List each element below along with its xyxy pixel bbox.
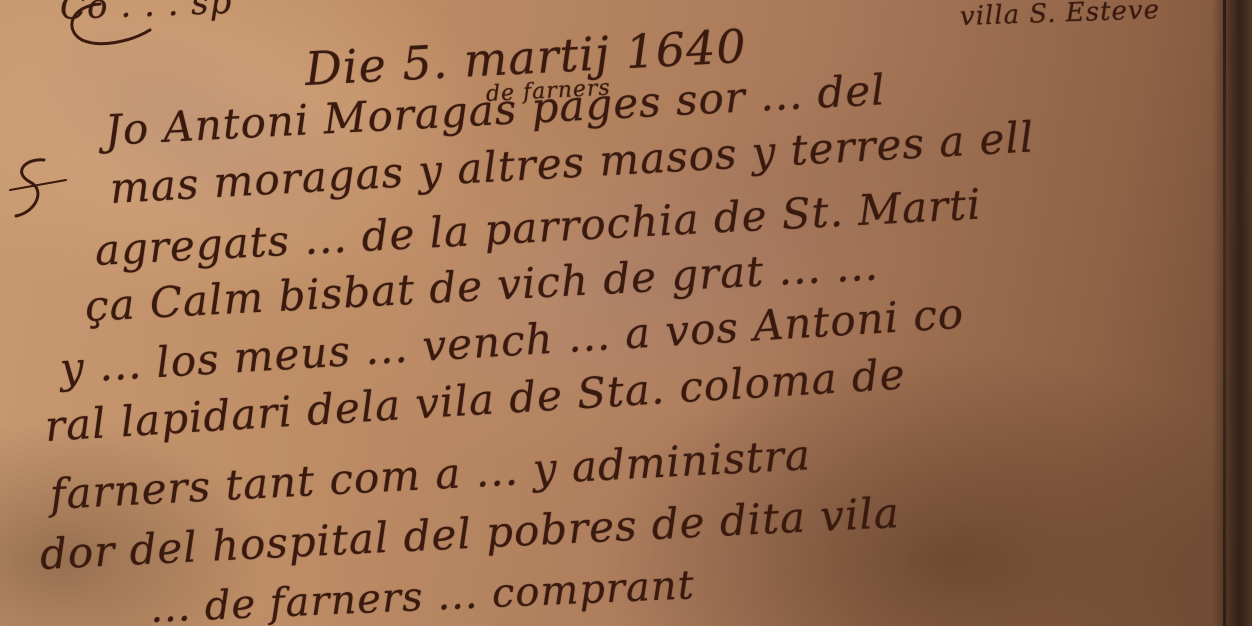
top-fragment-text: Co . . . sp xyxy=(59,0,233,28)
margin-mark-icon xyxy=(6,150,76,230)
page-fold-line xyxy=(1223,0,1226,626)
manuscript-page: Co . . . sp Die 5. martij 1640 villa S. … xyxy=(0,0,1252,626)
manuscript-line-9: ... de farners ... comprant xyxy=(149,562,696,626)
margin-note-right: villa S. Esteve xyxy=(959,0,1160,32)
page-binding-edge xyxy=(1212,0,1252,626)
